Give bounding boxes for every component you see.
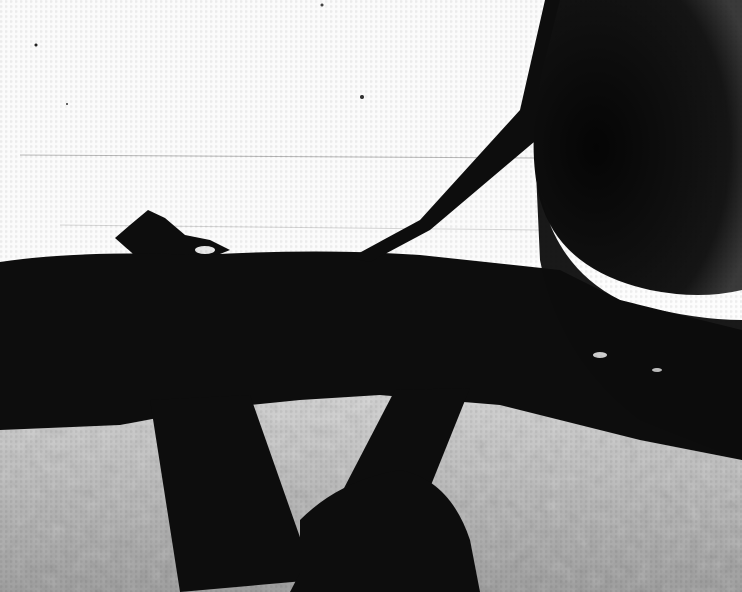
- photograph: [0, 0, 742, 592]
- speck: [321, 4, 324, 7]
- highlight: [195, 246, 215, 254]
- speck: [35, 44, 38, 47]
- speck: [66, 103, 68, 105]
- aircraft-scene: [0, 0, 742, 592]
- highlight: [652, 368, 662, 372]
- speck: [360, 95, 364, 99]
- highlight: [593, 352, 607, 358]
